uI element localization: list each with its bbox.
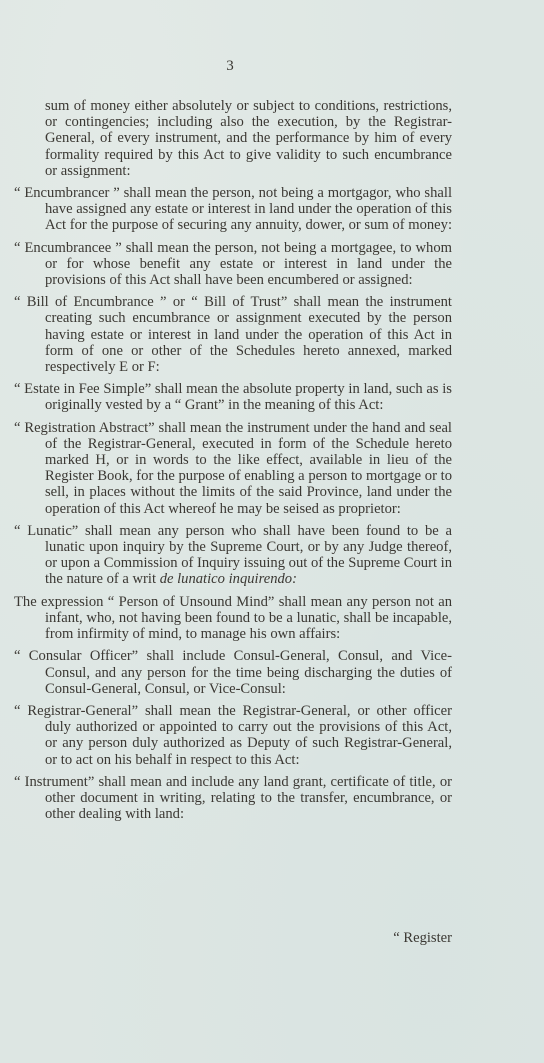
definition-encumbrancer: “ Encumbrancer ” shall mean the person, … (14, 185, 452, 234)
definition-registrar-general: “ Registrar-General” shall mean the Regi… (14, 703, 452, 768)
document-body: sum of money either absolutely or subjec… (14, 98, 452, 828)
definition-bill-of-encumbrance: “ Bill of Encumbrance ” or “ Bill of Tru… (14, 294, 452, 375)
definition-lunatic: “ Lunatic” shall mean any person who sha… (14, 523, 452, 588)
definition-instrument: “ Instrument” shall mean and include any… (14, 774, 452, 823)
catchword: “ Register (393, 930, 452, 947)
definition-registration-abstract: “ Registration Abstract” shall mean the … (14, 420, 452, 517)
latin-phrase: de lunatico inquirendo: (160, 571, 297, 587)
paragraph-continuation: sum of money either absolutely or subjec… (14, 98, 452, 179)
definition-estate-in-fee-simple: “ Estate in Fee Simple” shall mean the a… (14, 381, 452, 413)
definition-consular-officer: “ Consular Officer” shall include Consul… (14, 648, 452, 697)
definition-person-of-unsound-mind: The expression “ Person of Unsound Mind”… (14, 594, 452, 643)
definition-encumbrancee: “ Encumbrancee ” shall mean the person, … (14, 240, 452, 289)
page-number: 3 (0, 58, 460, 75)
